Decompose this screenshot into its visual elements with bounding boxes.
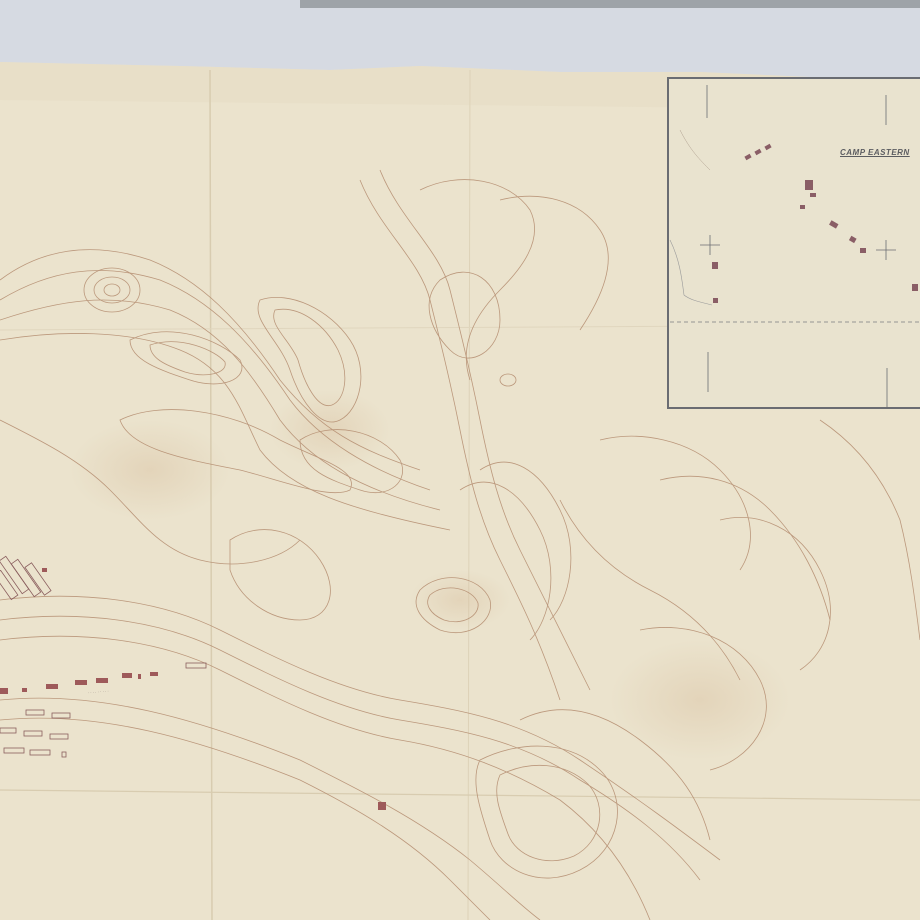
inset-map bbox=[668, 78, 920, 408]
topographic-map-sheet: · · · · · · · · · bbox=[0, 0, 920, 920]
inset-title: CAMP EASTERN bbox=[840, 148, 910, 157]
